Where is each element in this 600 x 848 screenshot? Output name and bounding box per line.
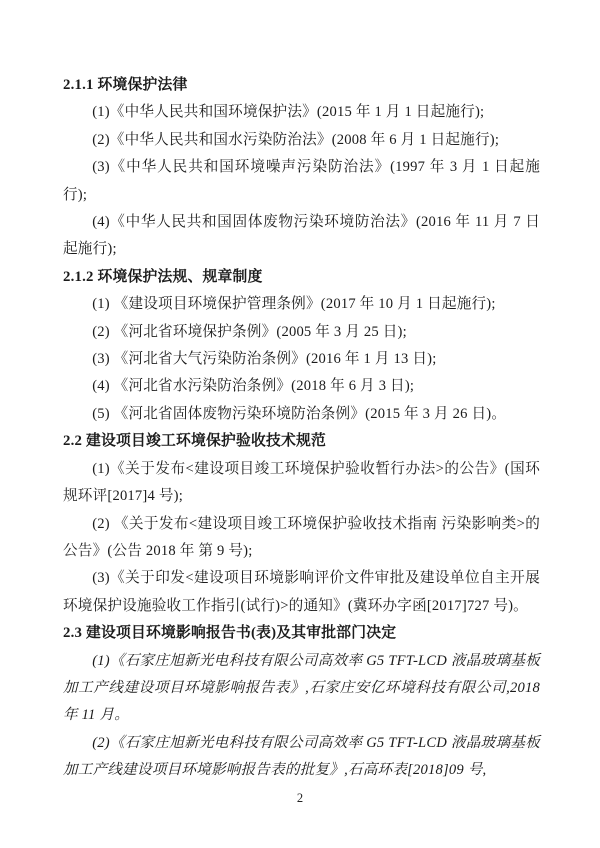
page-number: 2: [0, 791, 600, 806]
document-content: 2.1.1 环境保护法律 (1)《中华人民共和国环境保护法》(2015 年 1 …: [63, 72, 540, 785]
regulation-item-5: (5) 《河北省固体废物污染环境防治条例》(2015 年 3 月 26 日)。: [63, 401, 540, 428]
law-item-3: (3)《中华人民共和国环境噪声污染防治法》(1997 年 3 月 1 日起施行)…: [63, 154, 540, 209]
eia-report-item-1: (1)《石家庄旭新光电科技有限公司高效率 G5 TFT-LCD 液晶玻璃基板加工…: [63, 648, 540, 730]
regulation-item-2: (2) 《河北省环境保护条例》(2005 年 3 月 25 日);: [63, 319, 540, 346]
section-heading-2-2: 2.2 建设项目竣工环境保护验收技术规范: [63, 428, 540, 455]
regulation-item-1: (1) 《建设项目环境保护管理条例》(2017 年 10 月 1 日起施行);: [63, 291, 540, 318]
law-item-1: (1)《中华人民共和国环境保护法》(2015 年 1 月 1 日起施行);: [63, 99, 540, 126]
eia-report-item-2: (2)《石家庄旭新光电科技有限公司高效率 G5 TFT-LCD 液晶玻璃基板加工…: [63, 730, 540, 785]
spec-item-3: (3)《关于印发<建设项目环境影响评价文件审批及建设单位自主开展环境保护设施验收…: [63, 565, 540, 620]
spec-item-2: (2) 《关于发布<建设项目竣工环境保护验收技术指南 污染影响类>的公告》(公告…: [63, 511, 540, 566]
section-heading-2-3: 2.3 建设项目环境影响报告书(表)及其审批部门决定: [63, 620, 540, 647]
section-heading-2-1-1: 2.1.1 环境保护法律: [63, 72, 540, 99]
regulation-item-4: (4) 《河北省水污染防治条例》(2018 年 6 月 3 日);: [63, 373, 540, 400]
section-heading-2-1-2: 2.1.2 环境保护法规、规章制度: [63, 264, 540, 291]
law-item-4: (4)《中华人民共和国固体废物污染环境防治法》(2016 年 11 月 7 日起…: [63, 209, 540, 264]
regulation-item-3: (3) 《河北省大气污染防治条例》(2016 年 1 月 13 日);: [63, 346, 540, 373]
document-page: 2.1.1 环境保护法律 (1)《中华人民共和国环境保护法》(2015 年 1 …: [0, 0, 600, 848]
spec-item-1: (1)《关于发布<建设项目竣工环境保护验收暂行办法>的公告》(国环规环评[201…: [63, 456, 540, 511]
law-item-2: (2)《中华人民共和国水污染防治法》(2008 年 6 月 1 日起施行);: [63, 127, 540, 154]
